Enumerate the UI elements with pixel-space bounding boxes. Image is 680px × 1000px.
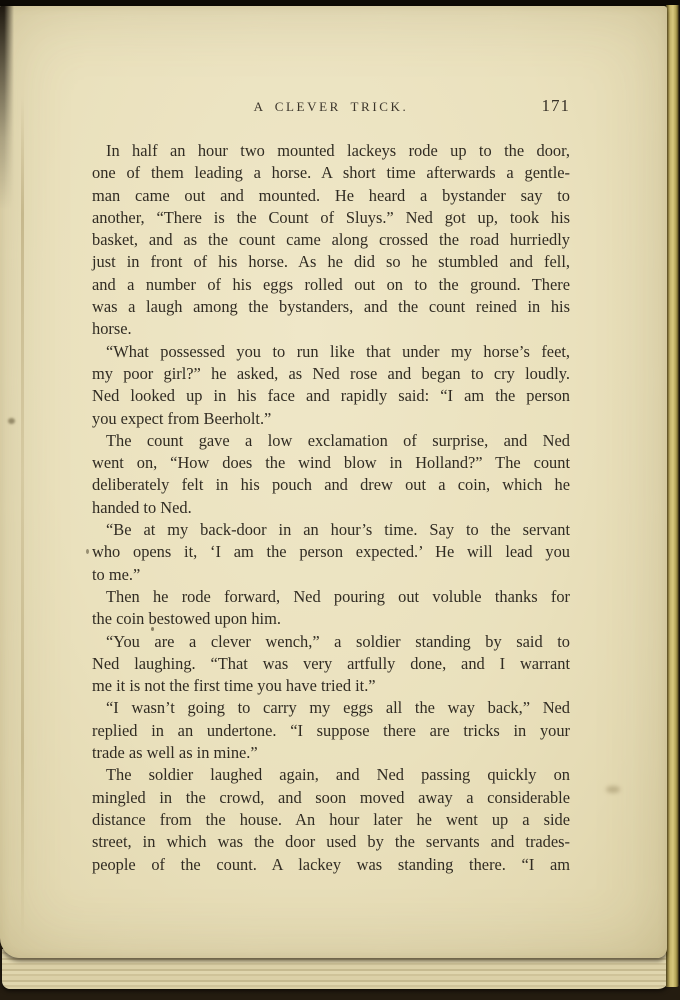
text-line: “What possessed you to run like that und…: [92, 341, 570, 363]
text-line: The count gave a low exclamation of surp…: [92, 430, 570, 452]
paragraph: Then he rode forward, Ned pouring out vo…: [92, 586, 570, 631]
page-crease: [21, 96, 24, 938]
book-photo: A CLEVER TRICK. 171 In half an hour two …: [0, 0, 680, 1000]
text-line: “Be at my back-door in an hour’s time. S…: [92, 519, 570, 541]
text-line: the coin bestowed upon him.: [92, 608, 570, 630]
text-line: replied in an undertone. “I suppose ther…: [92, 720, 570, 742]
running-header: A CLEVER TRICK. 171: [92, 99, 570, 121]
paragraph: “You are a clever wench,” a soldier stan…: [92, 631, 570, 698]
paragraph: The count gave a low exclamation of surp…: [92, 430, 570, 519]
text-line: man came out and mounted. He heard a bys…: [92, 185, 570, 207]
paragraph: “Be at my back-door in an hour’s time. S…: [92, 519, 570, 586]
text-line: In half an hour two mounted lackeys rode…: [92, 140, 570, 162]
paragraph: The soldier laughed again, and Ned passi…: [92, 764, 570, 875]
text-line: distance from the house. An hour later h…: [92, 809, 570, 831]
text-line: The soldier laughed again, and Ned passi…: [92, 764, 570, 786]
text-line: me it is not the first time you have tri…: [92, 675, 570, 697]
text-line: basket, and as the count came along cros…: [92, 229, 570, 251]
text-block: In half an hour two mounted lackeys rode…: [92, 140, 570, 876]
age-spot: [86, 549, 89, 554]
paragraph: “What possessed you to run like that und…: [92, 341, 570, 430]
book-fore-edge: [666, 5, 680, 987]
text-line: street, in which was the door used by th…: [92, 831, 570, 853]
text-line: another, “There is the Count of Sluys.” …: [92, 207, 570, 229]
gutter-shadow: [0, 6, 14, 246]
paragraph: In half an hour two mounted lackeys rode…: [92, 140, 570, 341]
text-line: just in front of his horse. As he did so…: [92, 251, 570, 273]
text-line: and a number of his eggs rolled out on t…: [92, 274, 570, 296]
text-line: “I wasn’t going to carry my eggs all the…: [92, 697, 570, 719]
text-line: who opens it, ‘I am the person expected.…: [92, 541, 570, 563]
text-line: handed to Ned.: [92, 497, 570, 519]
age-spot: [606, 786, 620, 793]
age-spot: [8, 418, 15, 424]
text-line: was a laugh among the bystanders, and th…: [92, 296, 570, 318]
text-line: my poor girl?” he asked, as Ned rose and…: [92, 363, 570, 385]
text-line: went on, “How does the wind blow in Holl…: [92, 452, 570, 474]
text-line: horse.: [92, 318, 570, 340]
text-line: trade as well as in mine.”: [92, 742, 570, 764]
text-line: Ned looked up in his face and rapidly sa…: [92, 385, 570, 407]
text-line: one of them leading a horse. A short tim…: [92, 162, 570, 184]
text-line: to me.”: [92, 564, 570, 586]
text-line: Then he rode forward, Ned pouring out vo…: [92, 586, 570, 608]
text-line: you expect from Beerholt.”: [92, 408, 570, 430]
text-line: deliberately felt in his pouch and drew …: [92, 474, 570, 496]
text-line: mingled in the crowd, and soon moved awa…: [92, 787, 570, 809]
header-title: A CLEVER TRICK.: [92, 99, 570, 115]
page-number: 171: [542, 96, 571, 116]
text-line: Ned laughing. “That was very artfully do…: [92, 653, 570, 675]
text-line: “You are a clever wench,” a soldier stan…: [92, 631, 570, 653]
paragraph: “I wasn’t going to carry my eggs all the…: [92, 697, 570, 764]
text-line: people of the count. A lackey was standi…: [92, 854, 570, 876]
